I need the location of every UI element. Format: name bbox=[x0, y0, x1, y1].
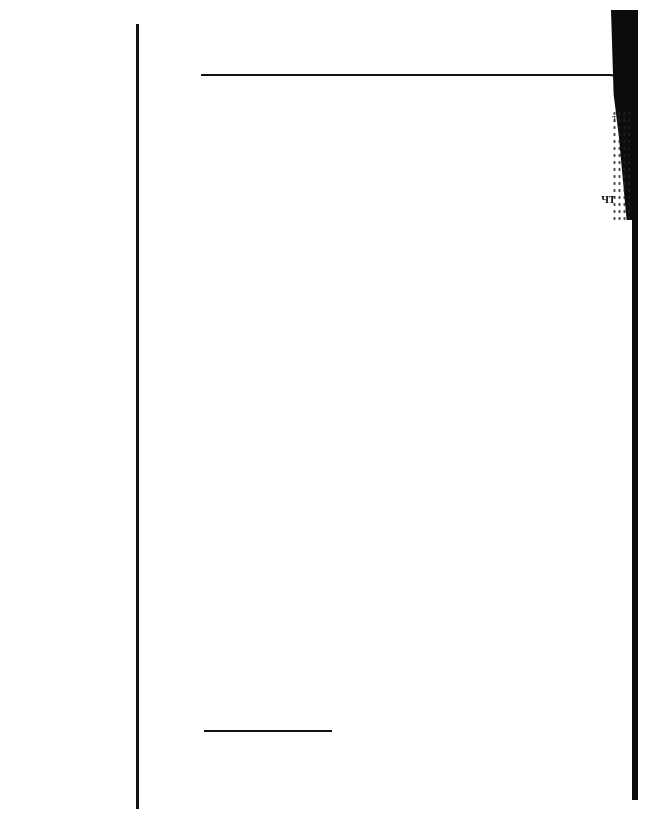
left-margin-rule bbox=[136, 24, 139, 809]
footnote-rule bbox=[204, 730, 332, 732]
spine-text-fragment-lower: ЧТ bbox=[601, 196, 615, 206]
binding-edge bbox=[632, 10, 638, 800]
scanned-page: Ti L ЧТ bbox=[0, 0, 660, 819]
spine-text-fragment-upper: Ti L bbox=[612, 115, 628, 124]
header-rule bbox=[201, 74, 611, 76]
